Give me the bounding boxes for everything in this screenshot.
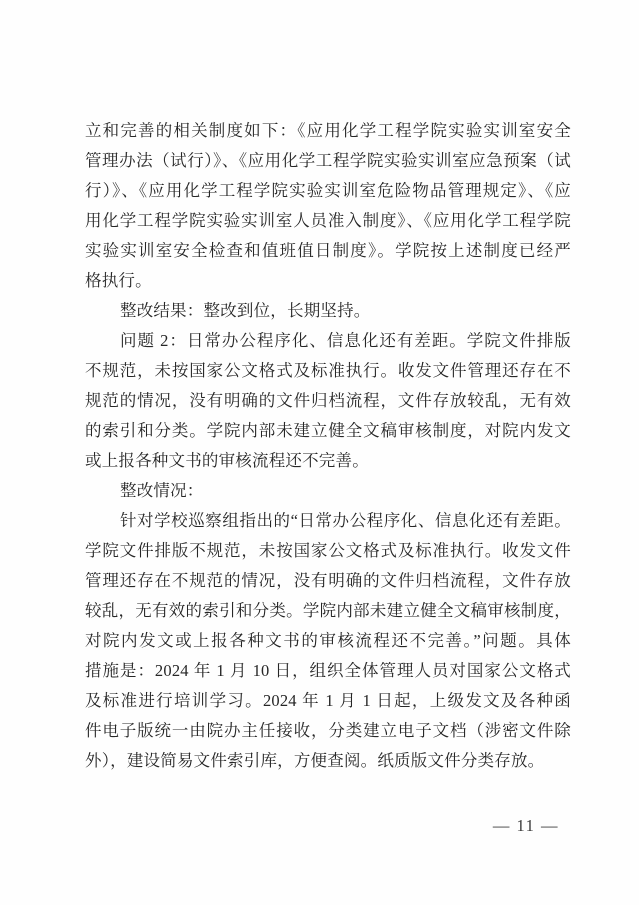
doc-line: 或上报各种文书的审核流程还不完善。 <box>85 446 571 476</box>
doc-line: 管理办法（试行）》、《应用化学工程学院实验实训室应急预案（试 <box>85 146 571 176</box>
doc-line: 规范的情况，没有明确的文件归档流程，文件存放较乱，无有效 <box>85 386 571 416</box>
page-number: — 11 — <box>493 816 559 836</box>
doc-line: 格执行。 <box>85 266 571 296</box>
doc-line: 针对学校巡察组指出的“日常办公程序化、信息化还有差距。 <box>85 506 571 536</box>
doc-line: 较乱，无有效的索引和分类。学院内部未建立健全文稿审核制度， <box>85 596 571 626</box>
document-page: 立和完善的相关制度如下：《应用化学工程学院实验实训室安全 管理办法（试行）》、《… <box>0 0 639 905</box>
doc-line: 管理还存在不规范的情况，没有明确的文件归档流程，文件存放 <box>85 566 571 596</box>
doc-line: 学院文件排版不规范，未按国家公文格式及标准执行。收发文件 <box>85 536 571 566</box>
doc-line: 不规范，未按国家公文格式及标准执行。收发文件管理还存在不 <box>85 356 571 386</box>
doc-line: 问题 2：日常办公程序化、信息化还有差距。学院文件排版 <box>85 326 571 356</box>
doc-line: 及标准进行培训学习。2024 年 1 月 1 日起，上级发文及各种函 <box>85 686 571 716</box>
doc-line: 立和完善的相关制度如下：《应用化学工程学院实验实训室安全 <box>85 116 571 146</box>
doc-line: 件电子版统一由院办主任接收，分类建立电子文档（涉密文件除 <box>85 716 571 746</box>
doc-line: 行）》、《应用化学工程学院实验实训室危险物品管理规定》、《应 <box>85 176 571 206</box>
body-text: 立和完善的相关制度如下：《应用化学工程学院实验实训室安全 管理办法（试行）》、《… <box>85 116 571 776</box>
doc-line: 整改情况： <box>85 476 571 506</box>
doc-line: 外），建设简易文件索引库，方便查阅。纸质版文件分类存放。 <box>85 746 571 776</box>
doc-line: 措施是：2024 年 1 月 10 日，组织全体管理人员对国家公文格式 <box>85 656 571 686</box>
doc-line: 用化学工程学院实验实训室人员准入制度》、《应用化学工程学院 <box>85 206 571 236</box>
doc-line: 的索引和分类。学院内部未建立健全文稿审核制度，对院内发文 <box>85 416 571 446</box>
doc-line: 整改结果：整改到位，长期坚持。 <box>85 296 571 326</box>
doc-line: 实验实训室安全检查和值班值日制度》。学院按上述制度已经严 <box>85 236 571 266</box>
doc-line: 对院内发文或上报各种文书的审核流程还不完善。”问题。具体 <box>85 626 571 656</box>
